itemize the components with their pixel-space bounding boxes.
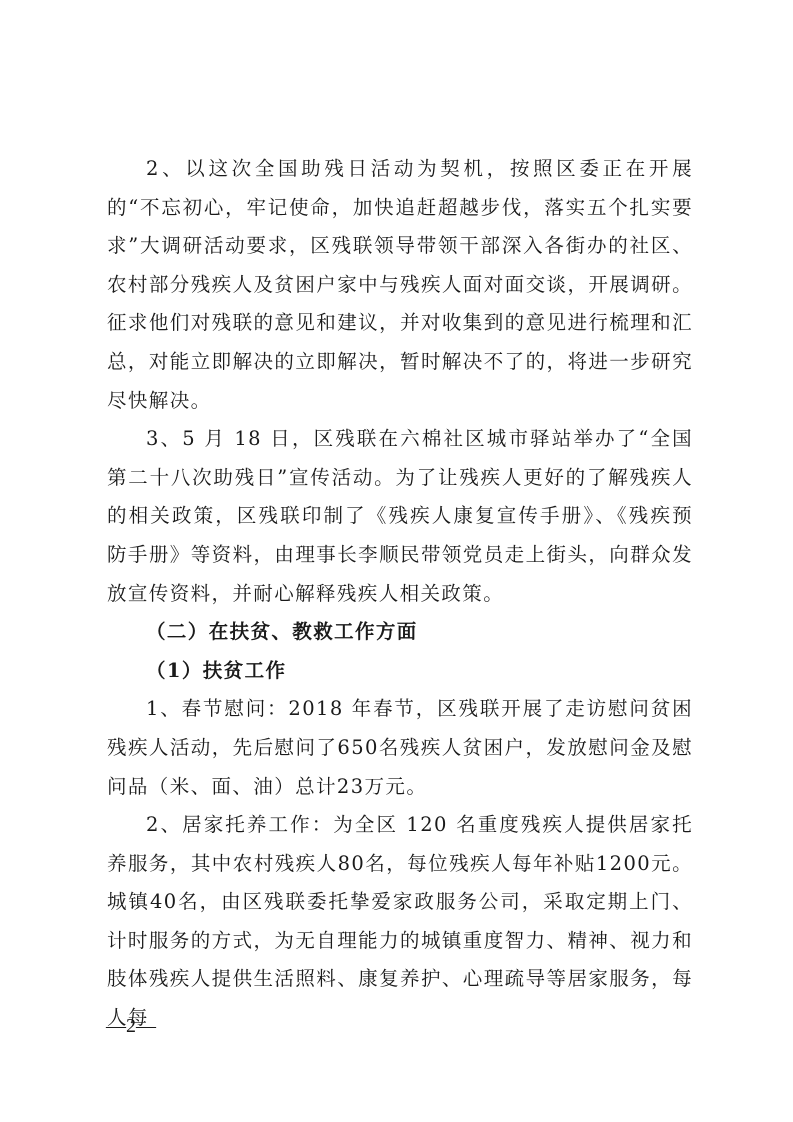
paragraph-survey-activity: 2、以这次全国助残日活动为契机，按照区委正在开展的“不忘初心，牢记使命，加快追赶… [107, 150, 693, 420]
page-number: —2— [106, 1015, 156, 1038]
subsection-heading-poverty-work: （1）扶贫工作 [107, 652, 693, 691]
paragraph-spring-festival-visit: 1、春节慰问：2018 年春节，区残联开展了走访慰问贫困残疾人活动，先后慰问了6… [107, 690, 693, 806]
paragraph-disability-day-event: 3、5 月 18 日，区残联在六棉社区城市驿站举办了“全国第二十八次助残日”宣传… [107, 420, 693, 613]
document-page: 2、以这次全国助残日活动为契机，按照区委正在开展的“不忘初心，牢记使命，加快追赶… [0, 0, 793, 1122]
section-heading-poverty-relief: （二）在扶贫、教救工作方面 [107, 613, 693, 652]
document-body: 2、以这次全国助残日活动为契机，按照区委正在开展的“不忘初心，牢记使命，加快追赶… [107, 150, 693, 1038]
paragraph-home-care: 2、居家托养工作：为全区 120 名重度残疾人提供居家托养服务，其中农村残疾人8… [107, 806, 693, 1038]
